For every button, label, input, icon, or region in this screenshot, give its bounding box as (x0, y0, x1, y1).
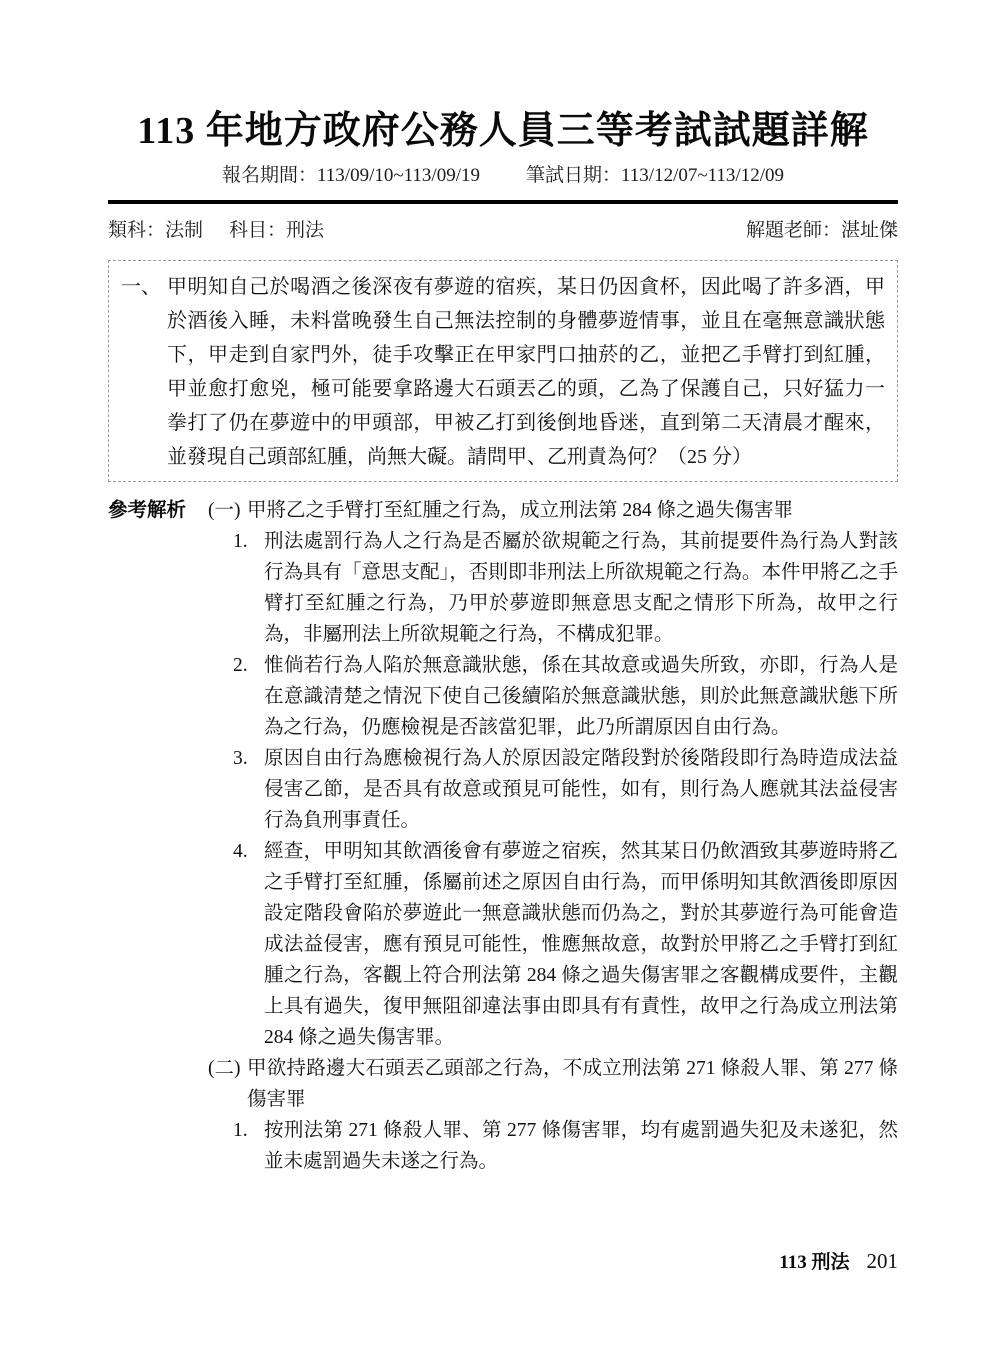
page-title: 113 年地方政府公務人員三等考試試題詳解 (108, 106, 898, 156)
meta-row: 類科：法制 科目：刑法 解題老師：湛址傑 (108, 217, 898, 245)
exam-date: 筆試日期：113/12/07~113/12/09 (526, 162, 784, 190)
analysis-item: 4. 經查，甲明知其飲酒後會有夢遊之宿疾，然其某日仍飲酒致其夢遊時將乙之手臂打至… (233, 836, 898, 1053)
item-number: 4. (233, 836, 264, 1053)
item-number: 1. (233, 526, 264, 650)
registration-period: 報名期間：113/09/10~113/09/19 (222, 162, 480, 190)
analysis-section: 參考解析 (一) 甲將乙之手臂打至紅腫之行為，成立刑法第 284 條之過失傷害罪… (108, 495, 898, 1177)
section-heading: (一) 甲將乙之手臂打至紅腫之行為，成立刑法第 284 條之過失傷害罪 (208, 495, 898, 526)
item-number: 1. (233, 1115, 264, 1177)
content-column: 113 年地方政府公務人員三等考試試題詳解 報名期間：113/09/10~113… (108, 0, 898, 1177)
item-number: 3. (233, 743, 264, 836)
analysis-label: 參考解析 (108, 495, 208, 1177)
analysis-item: 2. 惟倘若行為人陷於無意識狀態，係在其故意或過失所致，亦即，行為人是在意識清楚… (233, 650, 898, 743)
footer-page-number: 201 (867, 1249, 899, 1274)
question-number: 一、 (121, 270, 167, 474)
section-heading-text: 甲將乙之手臂打至紅腫之行為，成立刑法第 284 條之過失傷害罪 (247, 495, 898, 526)
section-heading: (二) 甲欲持路邊大石頭丟乙頭部之行為，不成立刑法第 271 條殺人罪、第 27… (208, 1053, 898, 1115)
question-text: 甲明知自己於喝酒之後深夜有夢遊的宿疾，某日仍因貪杯，因此喝了許多酒，甲於酒後入睡… (167, 270, 885, 474)
analysis-subsection-2: (二) 甲欲持路邊大石頭丟乙頭部之行為，不成立刑法第 271 條殺人罪、第 27… (208, 1053, 898, 1177)
item-list: 1. 刑法處罰行為人之行為是否屬於欲規範之行為，其前提要件為行為人對該行為具有「… (233, 526, 898, 1053)
teacher-label: 解題老師：湛址傑 (746, 217, 898, 245)
item-text: 惟倘若行為人陷於無意識狀態，係在其故意或過失所致，亦即，行為人是在意識清楚之情況… (264, 650, 898, 743)
category-label: 類科：法制 (108, 217, 203, 245)
page-footer: 113 刑法 201 (779, 1247, 898, 1274)
item-text: 按刑法第 271 條殺人罪、第 277 條傷害罪，均有處罰過失犯及未遂犯，然並未… (264, 1115, 898, 1177)
analysis-subsection-1: (一) 甲將乙之手臂打至紅腫之行為，成立刑法第 284 條之過失傷害罪 1. 刑… (208, 495, 898, 1053)
footer-book-label: 113 刑法 (779, 1247, 849, 1274)
item-text: 刑法處罰行為人之行為是否屬於欲規範之行為，其前提要件為行為人對該行為具有「意思支… (264, 526, 898, 650)
subtitle-row: 報名期間：113/09/10~113/09/19 筆試日期：113/12/07~… (108, 162, 898, 190)
subject-label: 科目：刑法 (229, 217, 324, 245)
item-text: 原因自由行為應檢視行為人於原因設定階段對於後階段即行為時造成法益侵害乙節，是否具… (264, 743, 898, 836)
analysis-item: 1. 按刑法第 271 條殺人罪、第 277 條傷害罪，均有處罰過失犯及未遂犯，… (233, 1115, 898, 1177)
item-number: 2. (233, 650, 264, 743)
item-list: 1. 按刑法第 271 條殺人罪、第 277 條傷害罪，均有處罰過失犯及未遂犯，… (233, 1115, 898, 1177)
document-page: 113 年地方政府公務人員三等考試試題詳解 報名期間：113/09/10~113… (0, 0, 1000, 1353)
analysis-item: 1. 刑法處罰行為人之行為是否屬於欲規範之行為，其前提要件為行為人對該行為具有「… (233, 526, 898, 650)
analysis-body: (一) 甲將乙之手臂打至紅腫之行為，成立刑法第 284 條之過失傷害罪 1. 刑… (208, 495, 898, 1177)
question-box: 一、 甲明知自己於喝酒之後深夜有夢遊的宿疾，某日仍因貪杯，因此喝了許多酒，甲於酒… (108, 260, 898, 482)
item-text: 經查，甲明知其飲酒後會有夢遊之宿疾，然其某日仍飲酒致其夢遊時將乙之手臂打至紅腫，… (264, 836, 898, 1053)
section-heading-text: 甲欲持路邊大石頭丟乙頭部之行為，不成立刑法第 271 條殺人罪、第 277 條傷… (247, 1053, 898, 1115)
analysis-item: 3. 原因自由行為應檢視行為人於原因設定階段對於後階段即行為時造成法益侵害乙節，… (233, 743, 898, 836)
section-marker: (二) (208, 1053, 247, 1115)
section-marker: (一) (208, 495, 247, 526)
meta-left: 類科：法制 科目：刑法 (108, 217, 324, 245)
header-rule (108, 200, 898, 204)
